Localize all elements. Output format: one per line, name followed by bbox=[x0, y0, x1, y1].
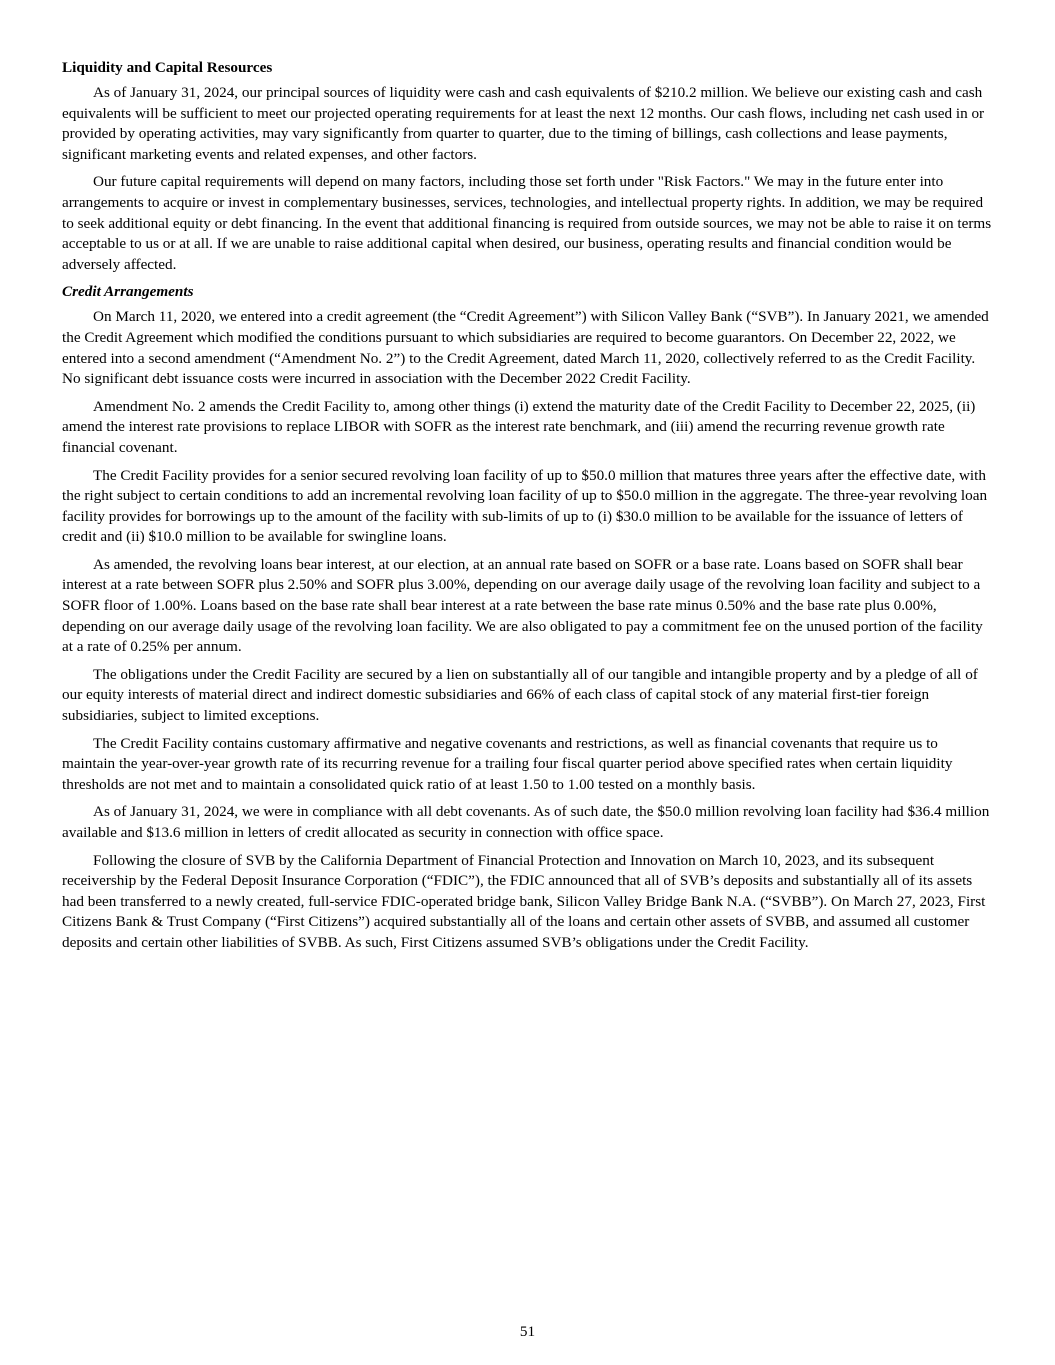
subsection-heading-credit: Credit Arrangements bbox=[62, 282, 994, 302]
paragraph-facility-terms: The Credit Facility provides for a senio… bbox=[62, 466, 994, 548]
paragraph-svb-closure: Following the closure of SVB by the Cali… bbox=[62, 851, 994, 954]
paragraph-covenants: The Credit Facility contains customary a… bbox=[62, 734, 994, 796]
paragraph-credit-agreement: On March 11, 2020, we entered into a cre… bbox=[62, 307, 994, 389]
paragraph-future-capital: Our future capital requirements will dep… bbox=[62, 172, 994, 275]
paragraph-interest-rates: As amended, the revolving loans bear int… bbox=[62, 555, 994, 658]
paragraph-liquidity-sources: As of January 31, 2024, our principal so… bbox=[62, 83, 994, 165]
paragraph-compliance: As of January 31, 2024, we were in compl… bbox=[62, 802, 994, 843]
paragraph-amendment-2: Amendment No. 2 amends the Credit Facili… bbox=[62, 397, 994, 459]
document-page: Liquidity and Capital Resources As of Ja… bbox=[62, 58, 994, 961]
paragraph-obligations-security: The obligations under the Credit Facilit… bbox=[62, 665, 994, 727]
section-heading-liquidity: Liquidity and Capital Resources bbox=[62, 58, 994, 78]
page-number: 51 bbox=[0, 1322, 1055, 1342]
